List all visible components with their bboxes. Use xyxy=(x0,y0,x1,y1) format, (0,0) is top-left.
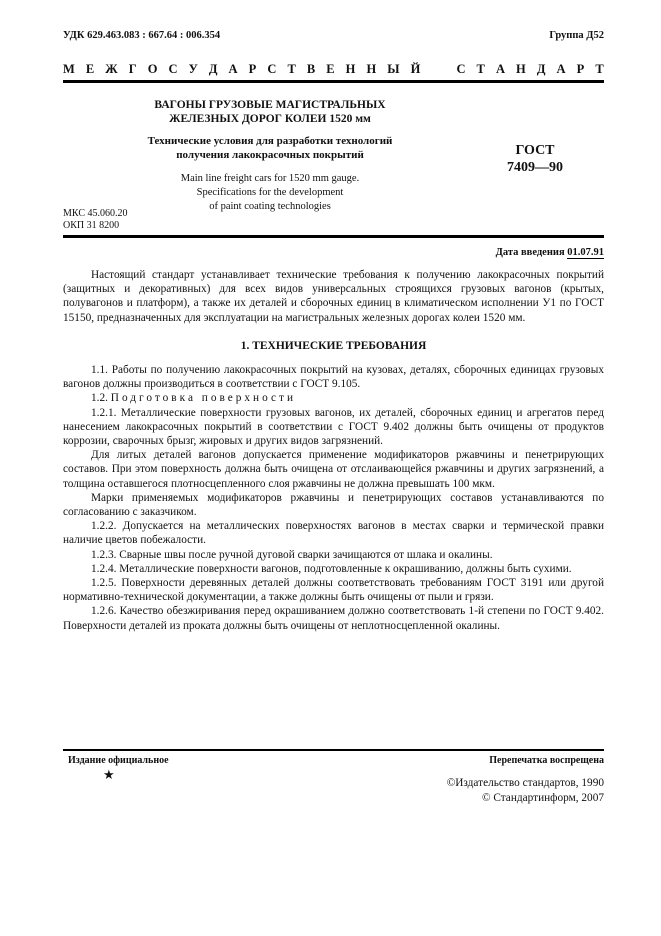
okp-code: ОКП 31 8200 xyxy=(63,220,127,232)
title-line-2: ЖЕЛЕЗНЫХ ДОРОГ КОЛЕИ 1520 мм xyxy=(120,112,420,126)
title-line-1: ВАГОНЫ ГРУЗОВЫЕ МАГИСТРАЛЬНЫХ xyxy=(120,98,420,112)
paragraph-1-2-1: 1.2.1. Металлические поверхности грузовы… xyxy=(63,406,604,449)
heading-letter: С xyxy=(456,62,465,77)
paragraph-1-2-title: Подготовка поверхности xyxy=(111,392,296,404)
official-edition-label: Издание официальное xyxy=(68,755,169,766)
date-value: 01.07.91 xyxy=(567,247,604,259)
heading-letter: Г xyxy=(129,62,137,77)
heading-letter: Е xyxy=(86,62,94,77)
heading-letter: Н xyxy=(366,62,376,77)
paragraph-1-2-number: 1.2. xyxy=(91,392,111,404)
heading-letter: Т xyxy=(595,62,603,77)
gost-number: 7409—90 xyxy=(490,159,580,176)
english-line-1: Main line freight cars for 1520 mm gauge… xyxy=(120,172,420,186)
reprint-notice: Перепечатка воспрещена xyxy=(489,755,604,766)
copyright-2007: © Стандартинформ, 2007 xyxy=(447,791,604,806)
heading-letter: Д xyxy=(537,62,546,77)
paragraph-1-2-6: 1.2.6. Качество обезжиривания перед окра… xyxy=(63,604,604,632)
heading-letter: Ж xyxy=(105,62,117,77)
heading-letter: А xyxy=(496,62,505,77)
heading-letter: Й xyxy=(411,62,421,77)
mks-code: МКС 45.060.20 xyxy=(63,208,127,220)
paragraph-1-2-5: 1.2.5. Поверхности деревянных деталей до… xyxy=(63,576,604,604)
heading-letter: О xyxy=(148,62,158,77)
document-body: Настоящий стандарт устанавливает техниче… xyxy=(63,268,604,633)
heading-letter: Н xyxy=(346,62,356,77)
section-heading: 1. ТЕХНИЧЕСКИЕ ТРЕБОВАНИЯ xyxy=(63,339,604,353)
heading-letter: С xyxy=(267,62,276,77)
classification-codes: МКС 45.060.20 ОКП 31 8200 xyxy=(63,208,127,232)
date-label: Дата введения xyxy=(496,247,565,258)
heading-letter: Ы xyxy=(387,62,399,77)
english-title: Main line freight cars for 1520 mm gauge… xyxy=(120,172,420,214)
paragraph-1-2-3: 1.2.3. Сварные швы после ручной дуговой … xyxy=(63,548,604,562)
paragraph-brands: Марки применяемых модификаторов ржавчины… xyxy=(63,491,604,519)
copyright-1990: ©Издательство стандартов, 1990 xyxy=(447,776,604,791)
paragraph-1-2: 1.2. Подготовка поверхности xyxy=(63,391,604,405)
heading-letter: Р xyxy=(249,62,257,77)
heading-letter: С xyxy=(169,62,178,77)
intro-paragraph: Настоящий стандарт устанавливает техниче… xyxy=(63,268,604,325)
heading-letter: Е xyxy=(326,62,334,77)
heading-letter: Т xyxy=(477,62,485,77)
paragraph-cast-parts: Для литых деталей вагонов допускается пр… xyxy=(63,448,604,491)
header-rule xyxy=(63,80,604,83)
heading-letter: Р xyxy=(577,62,585,77)
gost-designation: ГОСТ 7409—90 xyxy=(490,142,580,176)
group-code: Группа Д52 xyxy=(549,30,604,41)
heading-letter: А xyxy=(229,62,238,77)
effective-date: Дата введения 01.07.91 xyxy=(496,247,604,258)
title-block-rule xyxy=(63,235,604,238)
heading-letter: А xyxy=(557,62,566,77)
heading-letter: Н xyxy=(516,62,526,77)
gost-label: ГОСТ xyxy=(490,142,580,159)
paragraph-1-1: 1.1. Работы по получению лакокрасочных п… xyxy=(63,363,604,391)
footer-rule xyxy=(63,749,604,751)
document-subtitle: Технические условия для разработки техно… xyxy=(120,134,420,162)
heading-letter: В xyxy=(307,62,315,77)
standard-type-heading: МЕЖГОСУДАРСТВЕННЫЙСТАНДАРТ xyxy=(63,62,604,77)
heading-letter: Д xyxy=(209,62,218,77)
paragraph-1-2-2: 1.2.2. Допускается на металлических пове… xyxy=(63,519,604,547)
subtitle-line-2: получения лакокрасочных покрытий xyxy=(120,148,420,162)
subtitle-line-1: Технические условия для разработки техно… xyxy=(120,134,420,148)
english-line-2: Specifications for the development xyxy=(120,186,420,200)
heading-letter: Т xyxy=(287,62,295,77)
document-title: ВАГОНЫ ГРУЗОВЫЕ МАГИСТРАЛЬНЫХ ЖЕЛЕЗНЫХ Д… xyxy=(120,98,420,126)
copyright-block: ©Издательство стандартов, 1990 © Стандар… xyxy=(447,776,604,806)
heading-letter: М xyxy=(63,62,75,77)
english-line-3: of paint coating technologies xyxy=(120,200,420,214)
paragraph-1-2-4: 1.2.4. Металлические поверхности вагонов… xyxy=(63,562,604,576)
heading-letter: У xyxy=(189,62,198,77)
udk-code: УДК 629.463.083 : 667.64 : 006.354 xyxy=(63,30,220,41)
star-icon: ★ xyxy=(103,767,115,783)
